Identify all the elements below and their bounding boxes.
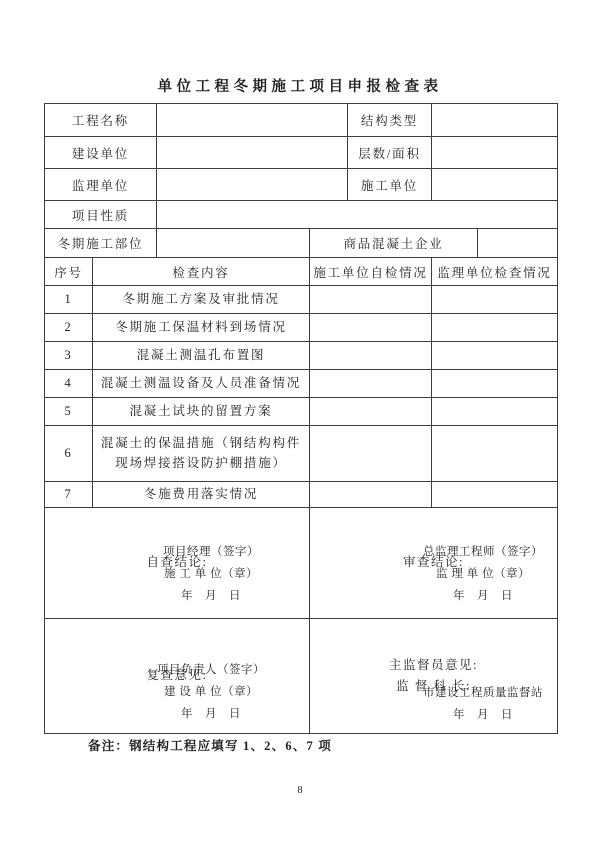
table-row: 冬期施工部位 商品混凝土企业: [45, 229, 558, 258]
checklist-header-row: 序号 检查内容 施工单位自检情况 监理单位检查情况: [45, 258, 558, 286]
floors-area-label: 层数/面积: [348, 137, 432, 169]
contractor-value: [432, 169, 558, 201]
construction-org-label: 建设单位: [45, 137, 157, 169]
supervision-org-value: [157, 169, 348, 201]
document-page: 单位工程冬期施工项目申报检查表 工程名称 结构类型 建设单位 层数/面积 监理单…: [0, 0, 600, 848]
construction-org-value: [157, 137, 348, 169]
checklist-row: 3 混凝土测温孔布置图: [45, 342, 558, 370]
item-self-check: [310, 286, 432, 314]
supervision-station-block: 市建设工程质量监督站 年 月 日: [423, 682, 543, 726]
chief-supervisor-opinion-label: 主监督员意见:: [313, 655, 554, 676]
item-number: 7: [45, 482, 93, 508]
self-check-signature-block: 项目经理（签字） 施 工 单 位（章） 年 月 日: [163, 541, 259, 607]
document-title: 单位工程冬期施工项目申报检查表: [0, 75, 600, 96]
item-supervision-check: [432, 370, 558, 398]
item-self-check: [310, 482, 432, 508]
inspection-form-table: 工程名称 结构类型 建设单位 层数/面积 监理单位 施工单位 项目性质 冬期施工…: [44, 103, 558, 734]
signer-line: 总监理工程师（签字）: [423, 541, 543, 563]
self-check-conclusion-cell: 自查结论: 项目经理（签字） 施 工 单 位（章） 年 月 日: [45, 508, 310, 619]
conclusion-row: 自查结论: 项目经理（签字） 施 工 单 位（章） 年 月 日 审查结论: 总监…: [45, 508, 558, 619]
item-supervision-check: [432, 286, 558, 314]
recheck-signature-block: 项目负责人（签字） 建 设 单 位（章） 年 月 日: [157, 659, 265, 725]
column-header-no: 序号: [45, 258, 93, 286]
date-line: 年 月 日: [157, 703, 265, 725]
date-line: 年 月 日: [423, 704, 543, 726]
structure-type-label: 结构类型: [348, 104, 432, 137]
date-line: 年 月 日: [163, 585, 259, 607]
item-supervision-check: [432, 398, 558, 426]
item-content: 混凝土测温孔布置图: [93, 342, 310, 370]
item-number: 1: [45, 286, 93, 314]
item-content: 混凝土试块的留置方案: [93, 398, 310, 426]
item-supervision-check: [432, 314, 558, 342]
review-conclusion-cell: 审查结论: 总监理工程师（签字） 监 理 单 位（章） 年 月 日: [310, 508, 558, 619]
commercial-concrete-label: 商品混凝土企业: [310, 229, 478, 258]
item-self-check: [310, 342, 432, 370]
item-content: 冬期施工方案及审批情况: [93, 286, 310, 314]
table-row: 监理单位 施工单位: [45, 169, 558, 201]
commercial-concrete-value: [478, 229, 558, 258]
item-number: 5: [45, 398, 93, 426]
column-header-self-check: 施工单位自检情况: [310, 258, 432, 286]
project-nature-value: [157, 201, 558, 229]
floors-area-value: [432, 137, 558, 169]
review-signature-block: 总监理工程师（签字） 监 理 单 位（章） 年 月 日: [423, 541, 543, 607]
page-number: 8: [0, 785, 600, 796]
org-seal-line: 建 设 单 位（章）: [157, 681, 265, 703]
item-self-check: [310, 314, 432, 342]
conclusion-row: 复查意见: 项目负责人（签字） 建 设 单 位（章） 年 月 日 主监督员意见:…: [45, 619, 558, 734]
winter-parts-value: [157, 229, 310, 258]
org-line: 市建设工程质量监督站: [423, 682, 543, 704]
item-self-check: [310, 398, 432, 426]
signer-line: 项目负责人（签字）: [157, 659, 265, 681]
item-content: 混凝土的保温措施（钢结构构件现场焊接搭设防护棚措施）: [93, 426, 310, 482]
date-line: 年 月 日: [423, 585, 543, 607]
item-supervision-check: [432, 482, 558, 508]
checklist-row: 6 混凝土的保温措施（钢结构构件现场焊接搭设防护棚措施）: [45, 426, 558, 482]
footnote: 备注：钢结构工程应填写 1、2、6、7 项: [88, 736, 332, 754]
item-content: 冬期施工保温材料到场情况: [93, 314, 310, 342]
item-content: 混凝土测温设备及人员准备情况: [93, 370, 310, 398]
structure-type-value: [432, 104, 558, 137]
supervision-org-label: 监理单位: [45, 169, 157, 201]
checklist-row: 2 冬期施工保温材料到场情况: [45, 314, 558, 342]
item-number: 3: [45, 342, 93, 370]
item-content: 冬施费用落实情况: [93, 482, 310, 508]
item-number: 6: [45, 426, 93, 482]
recheck-opinion-cell: 复查意见: 项目负责人（签字） 建 设 单 位（章） 年 月 日: [45, 619, 310, 734]
column-header-supervision-check: 监理单位检查情况: [432, 258, 558, 286]
project-name-label: 工程名称: [45, 104, 157, 137]
column-header-content: 检查内容: [93, 258, 310, 286]
project-name-value: [157, 104, 348, 137]
item-self-check: [310, 426, 432, 482]
checklist-row: 5 混凝土试块的留置方案: [45, 398, 558, 426]
winter-parts-label: 冬期施工部位: [45, 229, 157, 258]
signer-line: 项目经理（签字）: [163, 541, 259, 563]
checklist-row: 7 冬施费用落实情况: [45, 482, 558, 508]
checklist-row: 4 混凝土测温设备及人员准备情况: [45, 370, 558, 398]
item-self-check: [310, 370, 432, 398]
item-number: 4: [45, 370, 93, 398]
item-supervision-check: [432, 342, 558, 370]
table-row: 建设单位 层数/面积: [45, 137, 558, 169]
org-seal-line: 施 工 单 位（章）: [163, 563, 259, 585]
checklist-row: 1 冬期施工方案及审批情况: [45, 286, 558, 314]
chief-supervisor-opinion-cell: 主监督员意见: 监 督 科 长: 市建设工程质量监督站 年 月 日: [310, 619, 558, 734]
org-seal-line: 监 理 单 位（章）: [423, 563, 543, 585]
contractor-label: 施工单位: [348, 169, 432, 201]
project-nature-label: 项目性质: [45, 201, 157, 229]
item-number: 2: [45, 314, 93, 342]
table-row: 工程名称 结构类型: [45, 104, 558, 137]
item-supervision-check: [432, 426, 558, 482]
table-row: 项目性质: [45, 201, 558, 229]
